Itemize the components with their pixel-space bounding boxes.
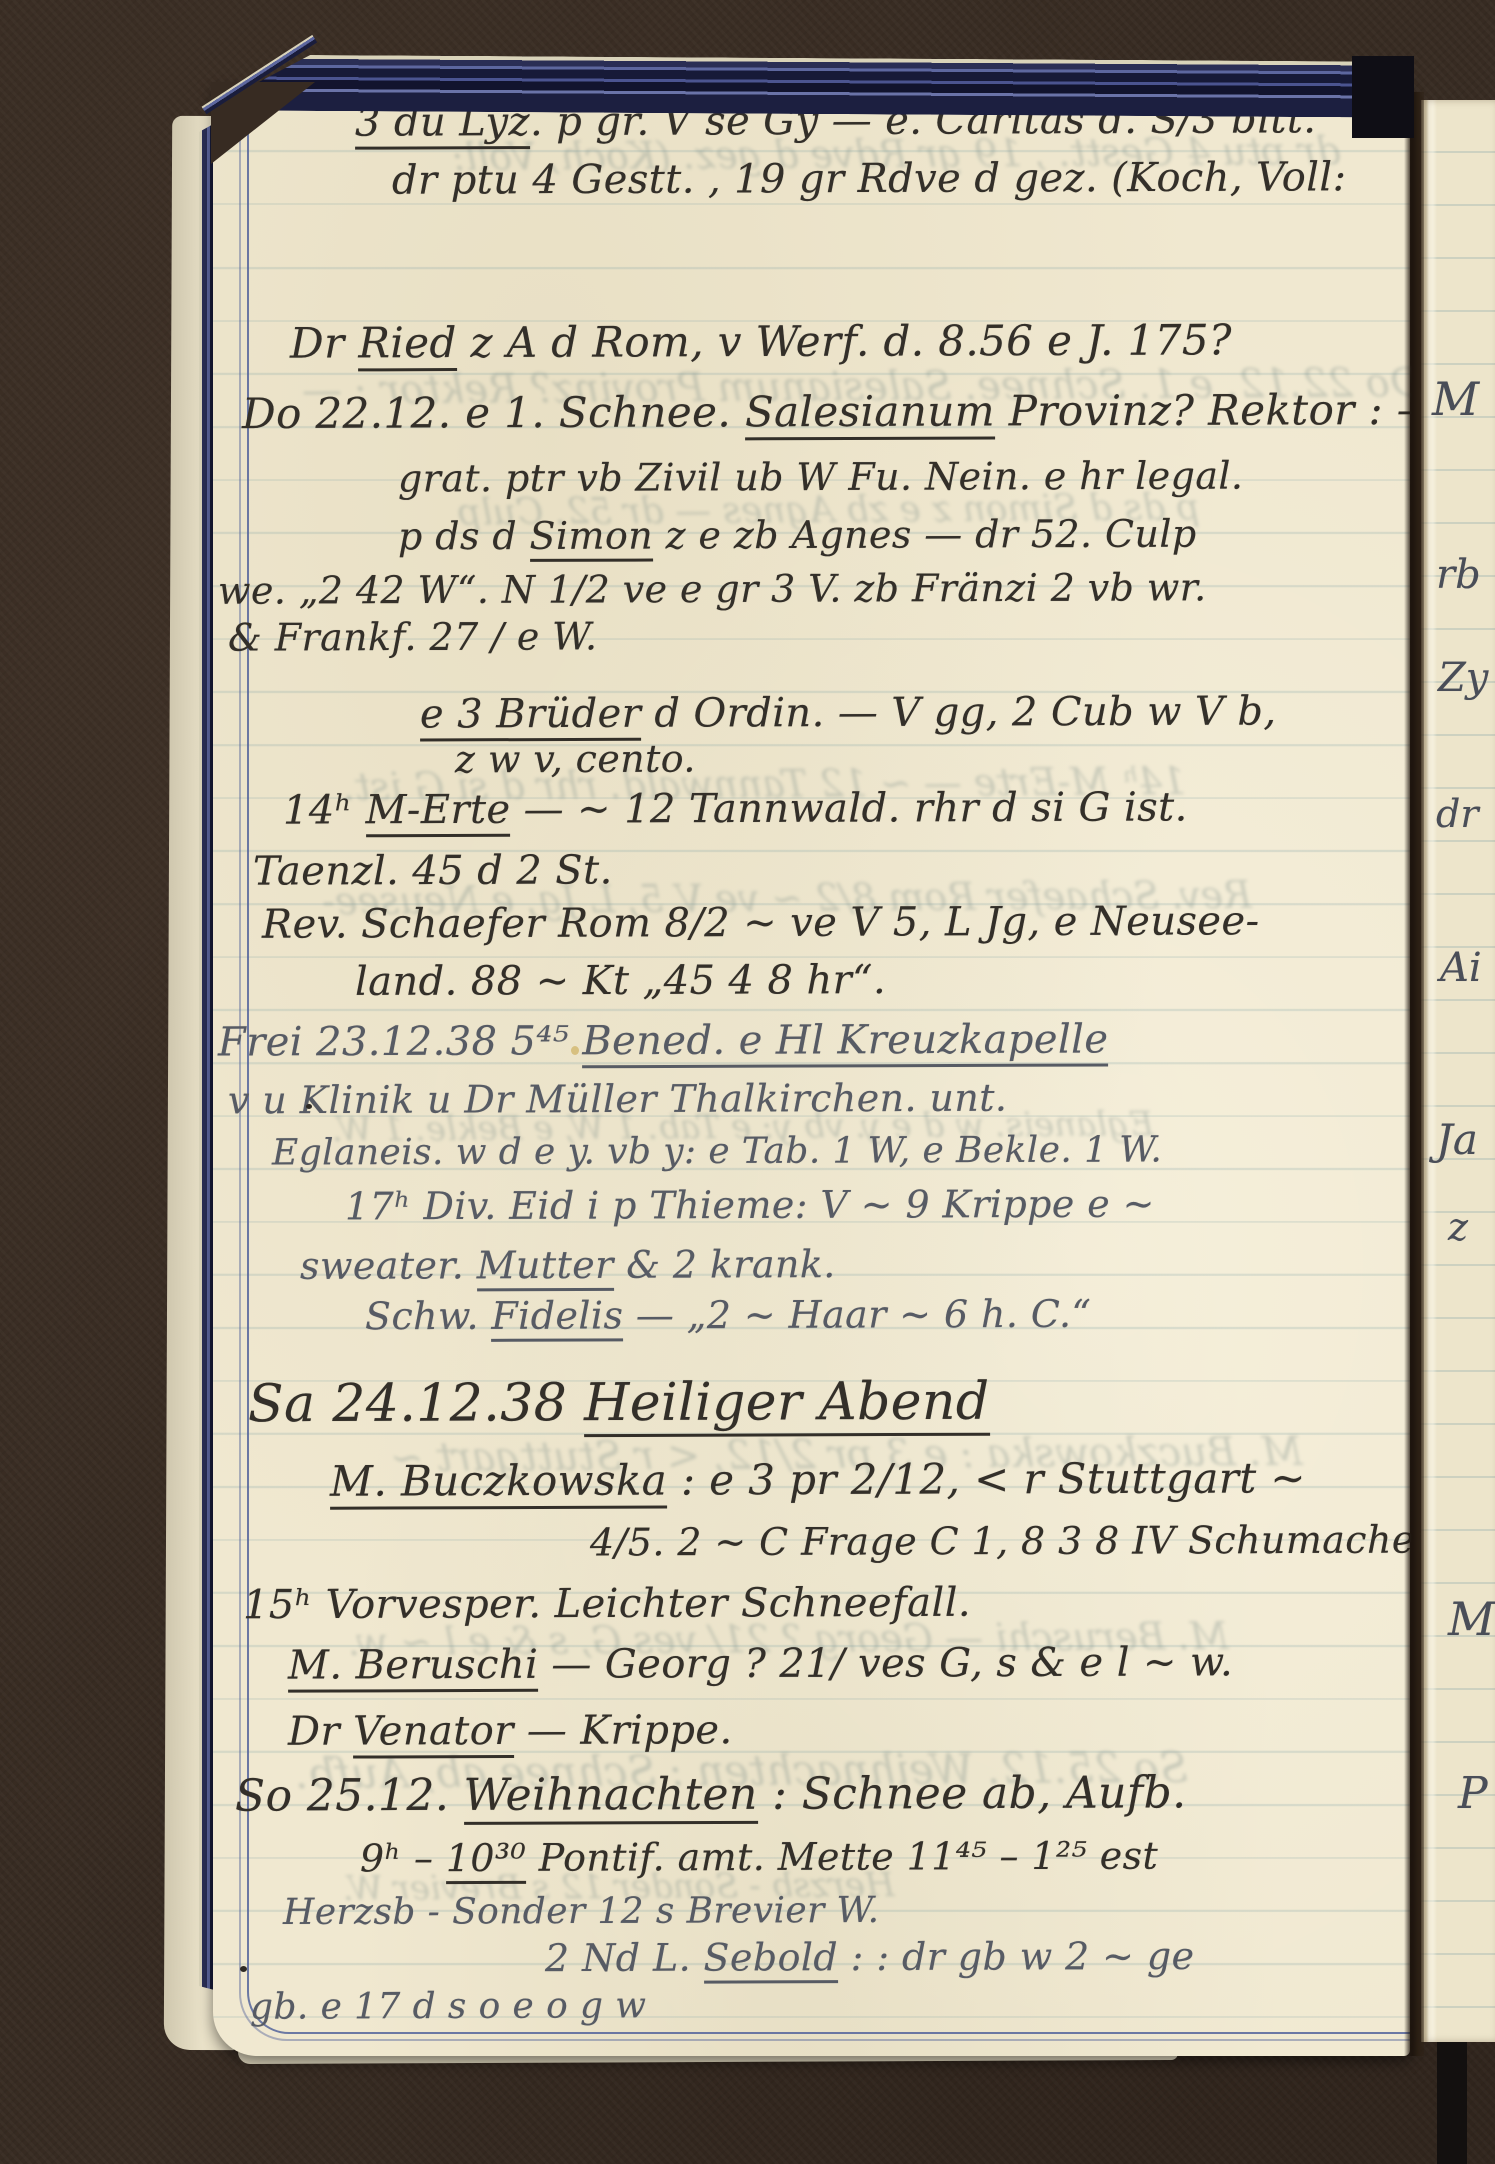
handwriting-fragment: M: [1448, 1592, 1495, 1646]
handwriting-line: Rev. Schaefer Rom 8/2 ~ ve V 5, L Jg, e …: [262, 900, 1260, 945]
underlined-text: M. Buczkowska: [330, 1456, 667, 1510]
handwriting-fragment: z: [1448, 1205, 1468, 1249]
underlined-text: Fidelis: [491, 1293, 623, 1341]
handwriting-text: 2 Nd L.: [545, 1936, 704, 1981]
handwriting-text: Pontif. amt. Mette 11⁴⁵ – 1²⁵ est: [526, 1834, 1158, 1880]
underlined-text: e 3 Brüder: [420, 691, 641, 742]
handwriting-line: Do 22.12. e 1. Schnee. Salesianum Provin…: [242, 388, 1439, 436]
underlined-text: M-Erte: [365, 787, 510, 838]
underlined-text: Salesianum: [745, 386, 995, 440]
handwriting-line: grat. ptr vb Zivil ub W Fu. Nein. e hr l…: [398, 457, 1244, 500]
handwriting-line: M. Buczkowska : e 3 pr 2/12, < r Stuttga…: [330, 1456, 1306, 1504]
handwriting-text: — „2 ~ Haar ~ 6 h. C.“: [623, 1292, 1091, 1338]
handwriting-text: : : dr gb w 2 ~ ge: [838, 1934, 1194, 1979]
handwriting-text: v u Klinik u Dr Müller Thalkirchen. unt.: [228, 1076, 1008, 1123]
underlined-text: Weihnachten: [463, 1769, 757, 1825]
handwriting-fragment: Ai: [1440, 945, 1482, 991]
underlined-text: Ried: [358, 318, 457, 371]
paper-stain: [571, 1046, 579, 1055]
handwriting-text: z w v, cento.: [455, 737, 696, 782]
handwriting-text: — Georg ? 21/ ves G, s & e l ~ w.: [538, 1639, 1233, 1687]
handwriting-line: Schw. Fidelis — „2 ~ Haar ~ 6 h. C.“: [365, 1295, 1091, 1337]
handwriting-text: 15ʰ Vorvesper. Leichter Schneefall.: [243, 1580, 971, 1629]
handwriting-text: Schw.: [365, 1294, 492, 1338]
handwriting-text: & 2 krank.: [614, 1242, 836, 1287]
handwriting-text: Dr: [290, 318, 358, 367]
handwriting-line: Sa 24.12.38 Heiliger Abend: [248, 1375, 990, 1432]
handwriting-fragment: M: [1432, 372, 1479, 426]
binding-gap-top: [1352, 56, 1414, 138]
handwriting-text: Frei 23.12.38 5⁴⁵: [218, 1018, 583, 1065]
handwriting-text: Do 22.12. e 1. Schnee.: [242, 387, 745, 438]
handwriting-fragment: P: [1458, 1768, 1488, 1819]
handwriting-line: 17ʰ Div. Eid i p Thieme: V ~ 9 Krippe e …: [345, 1185, 1155, 1228]
handwriting-fragment: Ja: [1436, 1115, 1478, 1164]
handwriting-text: 4/5. 2 ~ C Frage C 1, 8 3 8 IV Schumache…: [590, 1518, 1442, 1565]
underlined-text: Venator: [353, 1708, 514, 1759]
handwriting-line: M. Beruschi — Georg ? 21/ ves G, s & e l…: [288, 1641, 1233, 1686]
handwriting-text: z e zb Agnes — dr 52. Culp: [653, 512, 1197, 558]
underlined-text: Simon: [529, 514, 653, 562]
underlined-text: Heiliger Abend: [584, 1372, 990, 1437]
handwriting-text: we. „2 42 W“. N 1/2 ve e gr 3 V. zb Frän…: [218, 565, 1207, 612]
handwriting-text: 17ʰ Div. Eid i p Thieme: V ~ 9 Krippe e …: [345, 1182, 1155, 1229]
handwriting-text: — Krippe.: [514, 1707, 733, 1754]
diary-left-page: [213, 84, 1410, 2056]
handwriting-text: p ds d: [398, 514, 530, 558]
handwriting-line: v u Klinik u Dr Müller Thalkirchen. unt.: [228, 1079, 1007, 1122]
underlined-text: M. Beruschi: [288, 1642, 538, 1693]
handwriting-text: Rev. Schaefer Rom 8/2 ~ ve V 5, L Jg, e …: [262, 898, 1260, 947]
handwriting-line: e 3 Brüder d Ordin. — V gg, 2 Cub w V b,: [420, 691, 1277, 736]
handwriting-text: Eglaneis. w d e y. vb y: e Tab. 1 W, e B…: [272, 1129, 1162, 1173]
underlined-text: Mutter: [477, 1243, 614, 1291]
underlined-text: Bened. e Hl Kreuzkapelle: [582, 1016, 1108, 1068]
handwriting-fragment: Zy: [1438, 655, 1488, 701]
handwriting-text: & Frankf. 27 / e W.: [228, 614, 598, 659]
handwriting-text: sweater.: [300, 1243, 477, 1288]
handwriting-line: 15ʰ Vorvesper. Leichter Schneefall.: [243, 1582, 971, 1627]
handwriting-text: Dr: [288, 1709, 353, 1755]
handwriting-text: gb. e 17 d s o e o g w: [250, 1985, 647, 2027]
handwriting-line: sweater. Mutter & 2 krank.: [300, 1245, 836, 1287]
handwriting-line: we. „2 42 W“. N 1/2 ve e gr 3 V. zb Frän…: [218, 568, 1207, 611]
handwriting-text: : e 3 pr 2/12, < r Stuttgart ~: [667, 1453, 1306, 1504]
handwriting-text: : Schnee ab, Aufb.: [758, 1767, 1187, 1819]
handwriting-line: Taenzl. 45 d 2 St.: [253, 849, 613, 892]
handwriting-line: Herzsb - Sonder 12 s Brevier W.: [283, 1892, 880, 1932]
handwriting-line: Frei 23.12.38 5⁴⁵ Bened. e Hl Kreuzkapel…: [218, 1018, 1109, 1063]
handwriting-fragment: dr: [1436, 792, 1479, 836]
handwriting-text: z A d Rom, v Werf. d. 8.56 e J. 175?: [457, 315, 1232, 367]
ink-speck: [240, 1966, 247, 1972]
handwriting-text: 9ʰ –: [360, 1836, 446, 1880]
handwriting-line: 2 Nd L. Sebold : : dr gb w 2 ~ ge: [545, 1937, 1195, 1979]
handwriting-line: & Frankf. 27 / e W.: [228, 617, 598, 658]
page-gutter-shadow: [1404, 92, 1424, 2056]
page-stack-top-edge: [205, 54, 1412, 117]
handwriting-line: gb. e 17 d s o e o g w: [250, 1987, 647, 2026]
handwriting-fragment: rb: [1436, 552, 1481, 598]
handwriting-text: Taenzl. 45 d 2 St.: [253, 847, 613, 894]
handwriting-line: 14ʰ M-Erte — ~ 12 Tannwald. rhr d si G i…: [283, 786, 1188, 831]
underlined-text: 10³⁰: [446, 1836, 527, 1884]
handwriting-text: Sa 24.12.38: [248, 1373, 584, 1434]
handwriting-text: 14ʰ: [283, 787, 366, 833]
diary-photo-backdrop: dr ptu 4 Gestt. , 19 gr Rdve d gez. (Koc…: [0, 0, 1495, 2164]
handwriting-line: Dr Ried z A d Rom, v Werf. d. 8.56 e J. …: [290, 318, 1232, 365]
handwriting-text: land. 88 ~ Kt „45 4 8 hr“.: [355, 957, 886, 1005]
binding-shadow-bottom: [1437, 2028, 1467, 2164]
handwriting-line: 4/5. 2 ~ C Frage C 1, 8 3 8 IV Schumache…: [590, 1521, 1442, 1564]
handwriting-line: Eglaneis. w d e y. vb y: e Tab. 1 W, e B…: [272, 1131, 1162, 1172]
handwriting-text: So 25.12.: [235, 1770, 464, 1822]
handwriting-text: Herzsb - Sonder 12 s Brevier W.: [283, 1890, 880, 1933]
handwriting-line: land. 88 ~ Kt „45 4 8 hr“.: [355, 959, 886, 1003]
ink-speck: [306, 1104, 312, 1109]
handwriting-text: dr ptu 4 Gestt. , 19 gr Rdve d gez. (Koc…: [392, 154, 1347, 203]
handwriting-line: So 25.12. Weihnachten : Schnee ab, Aufb.: [235, 1770, 1187, 1820]
handwriting-line: Dr Venator — Krippe.: [288, 1709, 733, 1753]
handwriting-line: 9ʰ – 10³⁰ Pontif. amt. Mette 11⁴⁵ – 1²⁵ …: [360, 1837, 1158, 1880]
handwriting-text: grat. ptr vb Zivil ub W Fu. Nein. e hr l…: [398, 454, 1244, 501]
handwriting-line: dr ptu 4 Gestt. , 19 gr Rdve d gez. (Koc…: [392, 156, 1347, 201]
handwriting-line: p ds d Simon z e zb Agnes — dr 52. Culp: [398, 515, 1197, 558]
handwriting-text: Provinz? Rektor : —: [995, 385, 1439, 436]
handwriting-line: z w v, cento.: [455, 740, 696, 781]
underlined-text: Sebold: [703, 1935, 838, 1983]
handwriting-text: — ~ 12 Tannwald. rhr d si G ist.: [510, 784, 1187, 832]
handwriting-text: d Ordin. — V gg, 2 Cub w V b,: [641, 689, 1276, 737]
